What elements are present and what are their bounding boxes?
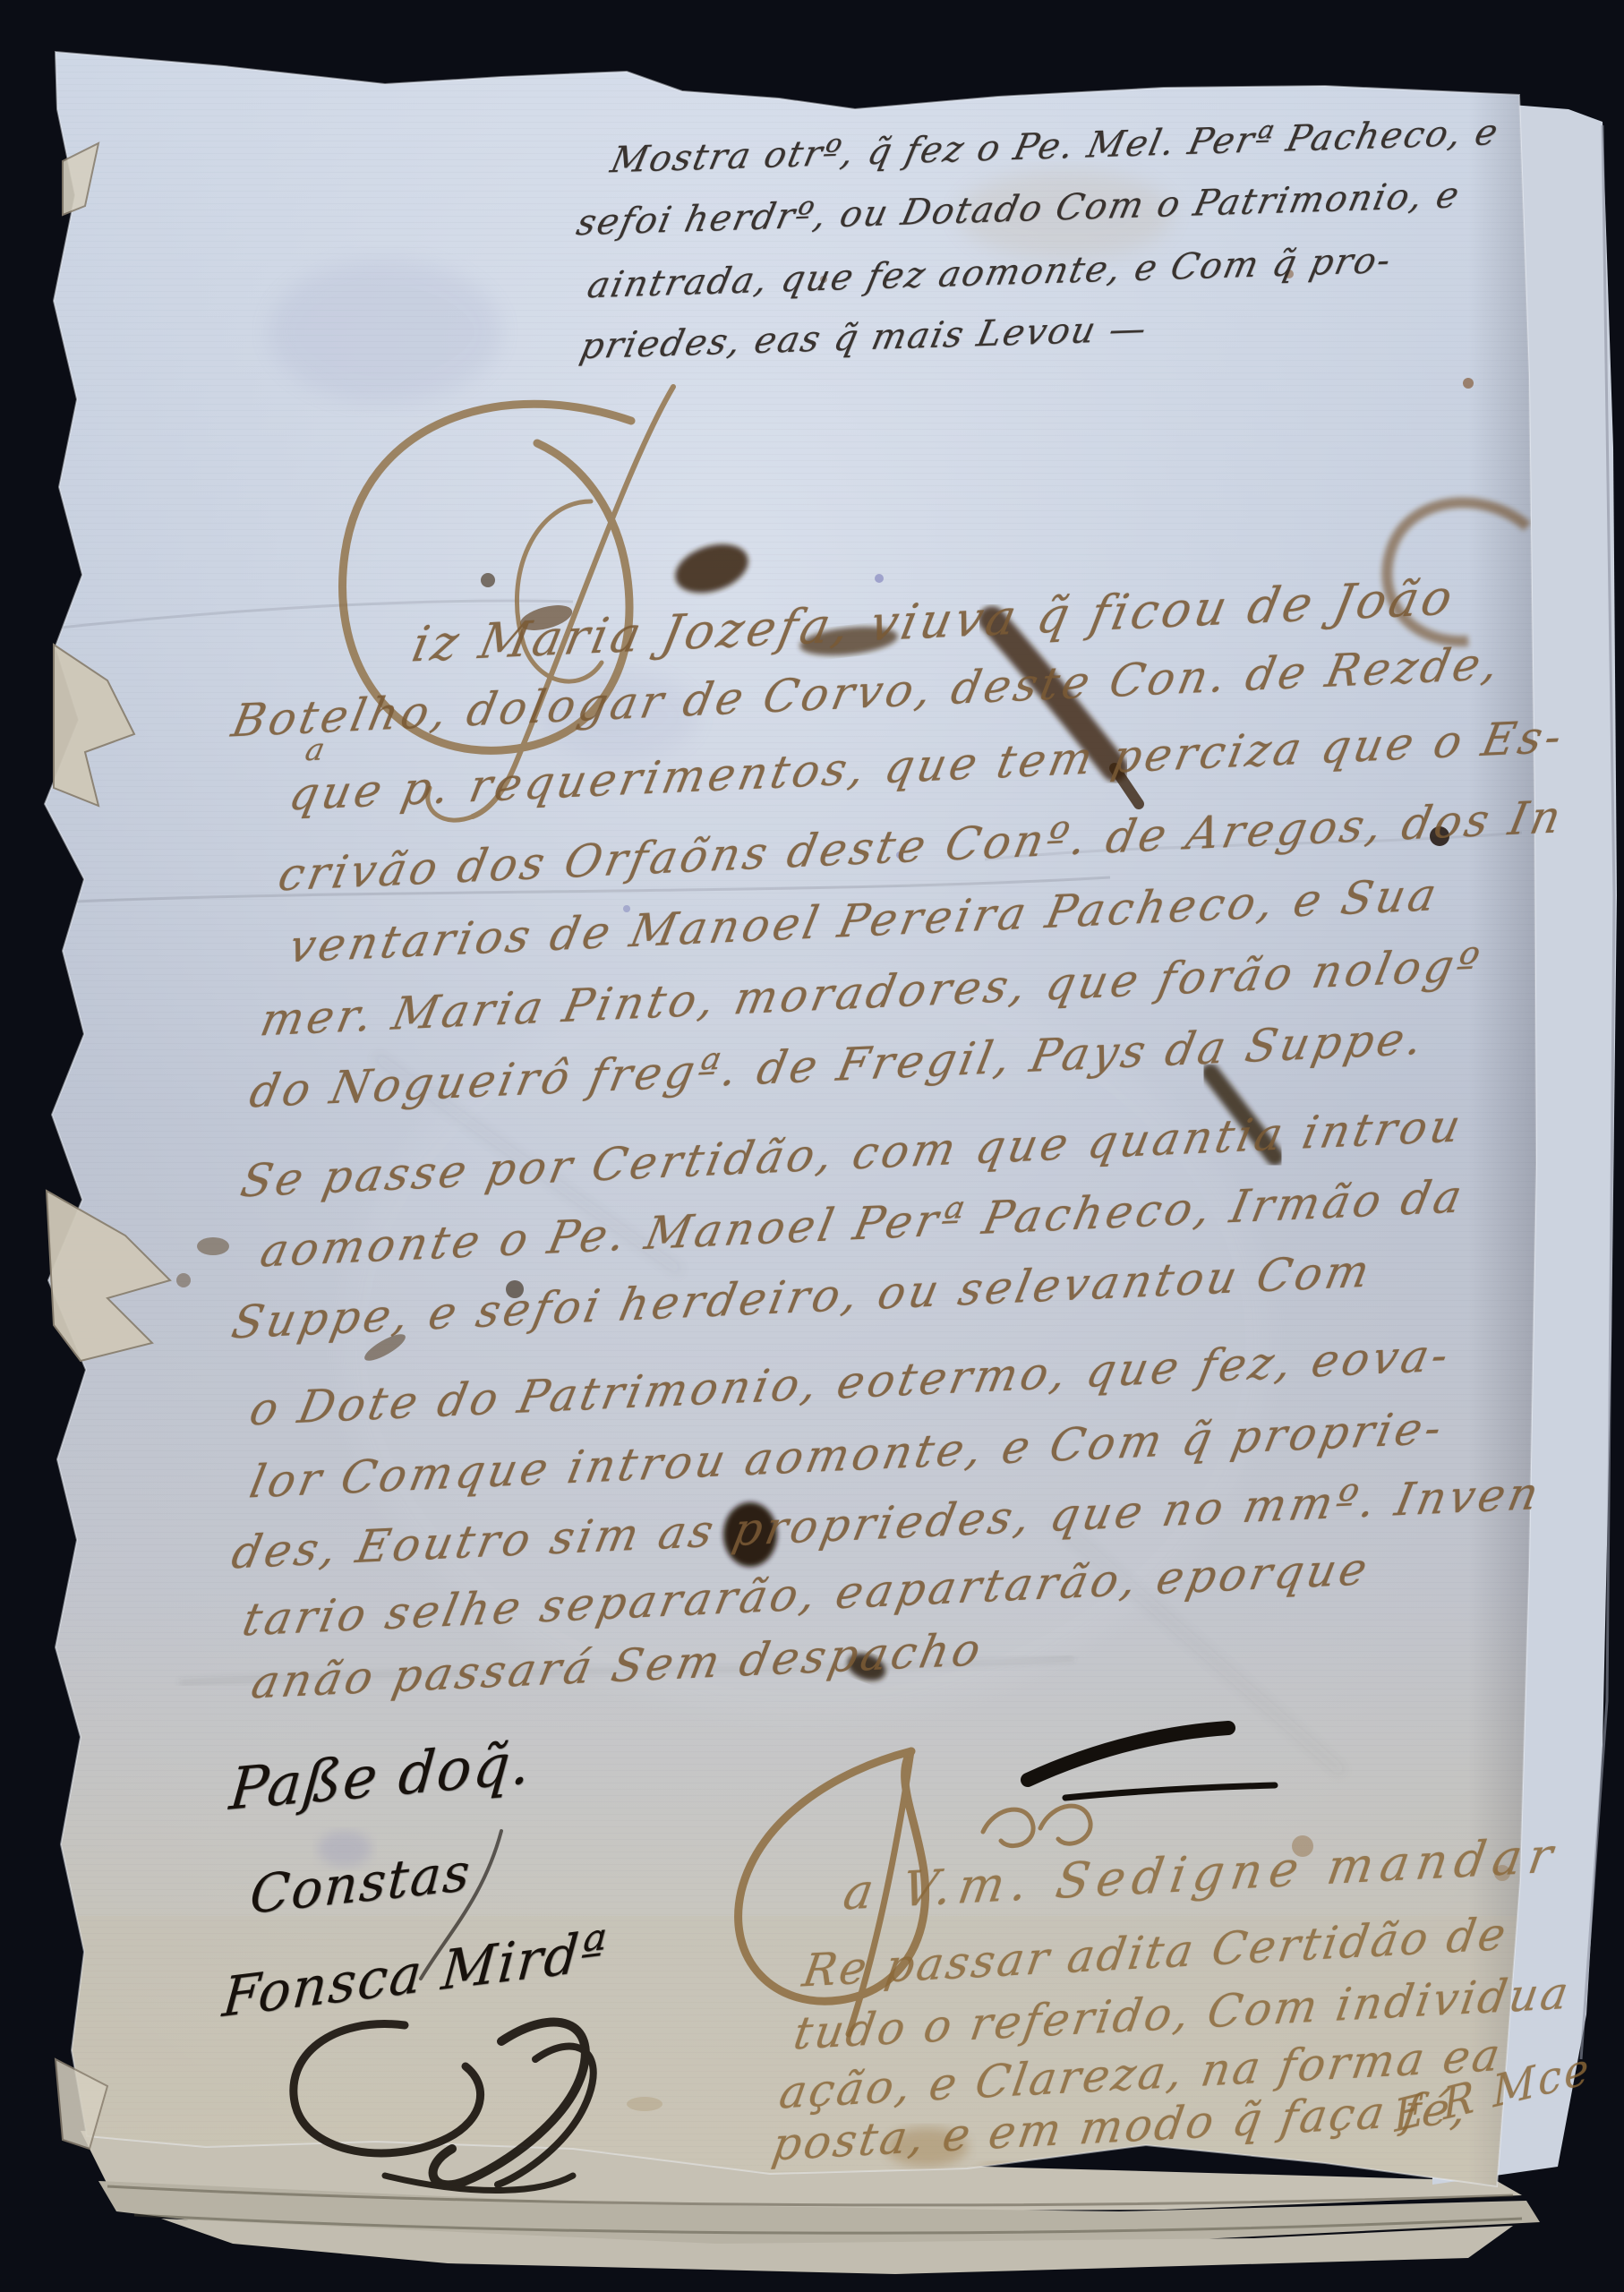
manuscript-photo: Mostra otrº, q̃ fez o Pe. Mel. Perª Pach… [0,0,1624,2292]
